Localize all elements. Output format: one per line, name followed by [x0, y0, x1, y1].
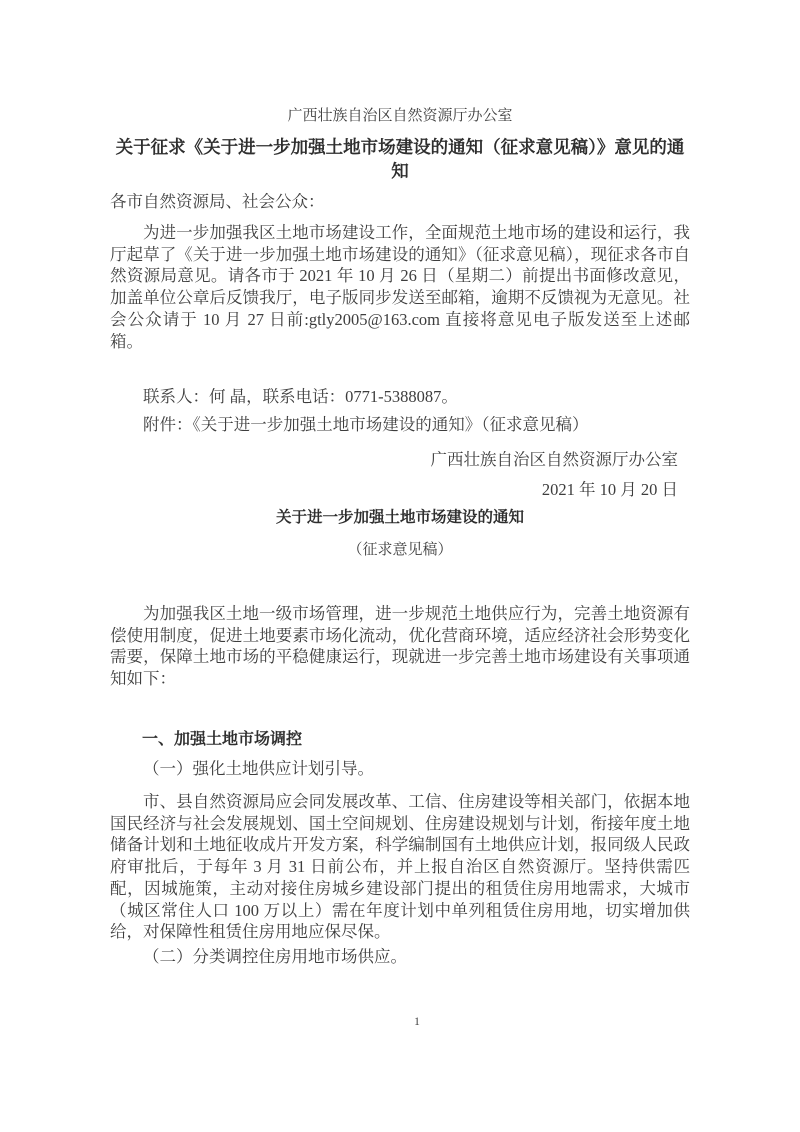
- attached-document-title: 关于进一步加强土地市场建设的通知: [110, 507, 690, 529]
- document-intro-paragraph: 为加强我区土地一级市场管理，进一步规范土地供应行为，完善土地资源有偿使用制度，促…: [110, 603, 690, 690]
- page-number: 1: [127, 1014, 707, 1030]
- contact-line: 联系人：何 晶，联系电话：0771-5388087。: [110, 386, 690, 408]
- intro-paragraph: 为进一步加强我区土地市场建设工作，全面规范土地市场的建设和运行，我厅起草了《关于…: [110, 222, 690, 352]
- issuing-office-header: 广西壮族自治区自然资源厅办公室: [110, 105, 690, 127]
- document-page: 广西壮族自治区自然资源厅办公室 关于征求《关于进一步加强土地市场建设的通知（征求…: [0, 0, 800, 1132]
- salutation: 各市自然资源局、社会公众：: [110, 191, 690, 213]
- item-1-body: 市、县自然资源局应会同发展改革、工信、住房建设等相关部门，依据本地国民经济与社会…: [110, 791, 690, 943]
- item-1-heading: （一）强化土地供应计划引导。: [110, 758, 690, 780]
- section-1-heading: 一、加强土地市场调控: [110, 729, 690, 751]
- attachment-line: 附件：《关于进一步加强土地市场建设的通知》（征求意见稿）: [110, 414, 690, 436]
- item-2-heading: （二）分类调控住房用地市场供应。: [110, 946, 690, 968]
- attached-document-subtitle: （征求意见稿）: [110, 539, 690, 561]
- notice-title: 关于征求《关于进一步加强土地市场建设的通知（征求意见稿）》意见的通知: [110, 136, 690, 183]
- signature-date: 2021 年 10 月 20 日: [110, 479, 690, 501]
- signature-office: 广西壮族自治区自然资源厅办公室: [110, 449, 690, 471]
